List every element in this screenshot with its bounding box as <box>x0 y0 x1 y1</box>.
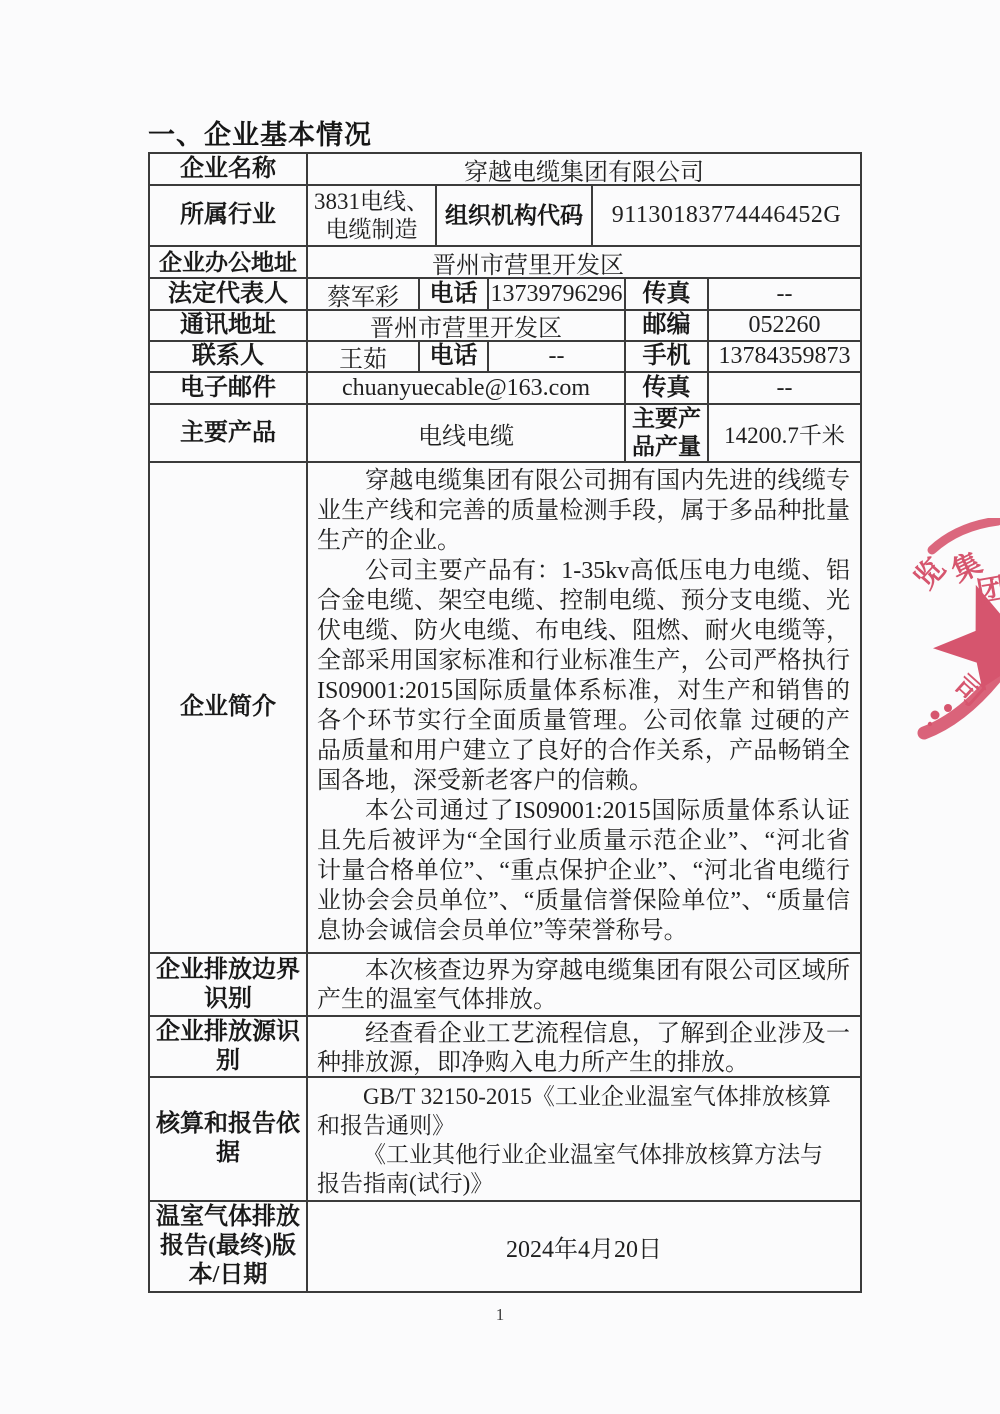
office-address-text: 晋州市营里开发区 <box>432 247 624 279</box>
row-label: 通讯地址 <box>150 311 308 342</box>
mailing-address-value: 晋州市营里开发区 <box>308 311 626 342</box>
seal-graphic: 览 集 团 司 <box>900 518 1000 780</box>
output-label: 主要产 品产量 <box>626 405 709 463</box>
emission-source-text: 经查看企业工艺流程信息，了解到企业涉及一种排放源，即净购入电力所产生的排放。 <box>308 1017 860 1078</box>
row-label: 主要产品 <box>150 405 308 463</box>
table-row: 企业名称 穿越电缆集团有限公司 <box>150 154 860 186</box>
phone-label: 电话 <box>420 279 489 311</box>
mobile-value: 13784359873 <box>709 342 860 373</box>
table-row: 核算和报告依 据 GB/T 32150-2015《工业企业温室气体排放核算 和报… <box>150 1078 860 1202</box>
table-row: 企业简介 穿越电缆集团有限公司拥有国内先进的线缆专业生产线和完善的质量检测手段，… <box>150 463 860 954</box>
row-label: 企业简介 <box>150 463 308 954</box>
row-label: 温室气体排放 报告(最终)版 本/日期 <box>150 1202 308 1291</box>
company-seal-stamp: 览 集 团 司 <box>900 518 1000 780</box>
seal-dot <box>928 722 932 726</box>
fax-label: 传真 <box>626 373 709 405</box>
table-row: 电子邮件 chuanyuecable@163.com 传真 -- <box>150 373 860 405</box>
table-row: 通讯地址 晋州市营里开发区 邮编 052260 <box>150 311 860 342</box>
contact-value: 王茹 <box>308 342 420 373</box>
scanned-document-page: 一、企业基本情况 企业名称 穿越电缆集团有限公司 所属行业 3831电线、 电缆… <box>0 0 1000 1414</box>
profile-paragraph: 穿越电缆集团有限公司拥有国内先进的线缆专业生产线和完善的质量检测手段，属于多品种… <box>317 466 850 556</box>
org-code-value: 91130183774446452G <box>593 186 860 247</box>
fax-value: -- <box>709 279 860 311</box>
seal-char: 集 <box>946 545 987 588</box>
row-label: 企业名称 <box>150 154 308 186</box>
row-label: 企业办公地址 <box>150 247 308 279</box>
boundary-text: 本次核查边界为穿越电缆集团有限公司区域所产生的温室气体排放。 <box>308 954 860 1017</box>
email-value: chuanyuecable@163.com <box>308 373 626 405</box>
phone-value: 13739796296 <box>489 279 626 311</box>
basis-paragraph: 《工业其他行业企业温室气体排放核算方法与 报告指南(试行)》 <box>317 1140 850 1198</box>
seal-char: 团 <box>974 572 1000 610</box>
seal-dot <box>944 704 952 712</box>
table-row: 所属行业 3831电线、 电缆制造 组织机构代码 911301837744464… <box>150 186 860 247</box>
table-row: 企业排放源识 别 经查看企业工艺流程信息，了解到企业涉及一种排放源，即净购入电力… <box>150 1017 860 1078</box>
table-row: 主要产品 电线电缆 主要产 品产量 14200.7千米 <box>150 405 860 463</box>
main-product-value: 电线电缆 <box>308 405 626 463</box>
postcode-label: 邮编 <box>626 311 709 342</box>
profile-paragraph: 本公司通过了IS09001:2015国际质量体系认证且先后被评为“全国行业质量示… <box>317 796 850 946</box>
profile-paragraph: 公司主要产品有：1-35kv高低压电力电缆、铝合金电缆、架空电缆、控制电缆、预分… <box>317 556 850 796</box>
table-row: 法定代表人 蔡军彩 电话 13739796296 传真 -- <box>150 279 860 311</box>
company-info-table: 企业名称 穿越电缆集团有限公司 所属行业 3831电线、 电缆制造 组织机构代码… <box>148 152 862 1293</box>
row-label: 企业排放边界 识别 <box>150 954 308 1017</box>
table-row: 企业排放边界 识别 本次核查边界为穿越电缆集团有限公司区域所产生的温室气体排放。 <box>150 954 860 1017</box>
boundary-paragraph: 本次核查边界为穿越电缆集团有限公司区域所产生的温室气体排放。 <box>317 957 850 1015</box>
phone-label: 电话 <box>420 342 489 373</box>
seal-char: 览 <box>908 552 952 596</box>
row-label: 企业排放源识 别 <box>150 1017 308 1078</box>
postcode-value: 052260 <box>709 311 860 342</box>
output-value: 14200.7千米 <box>709 405 860 463</box>
fax-label: 传真 <box>626 279 709 311</box>
row-label: 电子邮件 <box>150 373 308 405</box>
table-row: 联系人 王茹 电话 -- 手机 13784359873 <box>150 342 860 373</box>
seal-arc-top <box>932 521 998 550</box>
company-profile-text: 穿越电缆集团有限公司拥有国内先进的线缆专业生产线和完善的质量检测手段，属于多品种… <box>308 463 860 954</box>
seal-arc-bottom <box>924 672 1000 733</box>
company-name-value: 穿越电缆集团有限公司 <box>308 154 860 186</box>
row-label: 法定代表人 <box>150 279 308 311</box>
basis-paragraph: GB/T 32150-2015《工业企业温室气体排放核算 和报告通则》 <box>317 1082 850 1140</box>
mobile-label: 手机 <box>626 342 709 373</box>
seal-dot <box>931 711 940 720</box>
basis-text: GB/T 32150-2015《工业企业温室气体排放核算 和报告通则》 《工业其… <box>308 1078 860 1202</box>
org-code-label: 组织机构代码 <box>437 186 593 247</box>
source-paragraph: 经查看企业工艺流程信息，了解到企业涉及一种排放源，即净购入电力所产生的排放。 <box>317 1020 850 1078</box>
office-address-value: 晋州市营里开发区 <box>308 247 860 279</box>
table-row: 温室气体排放 报告(最终)版 本/日期 2024年4月20日 <box>150 1202 860 1291</box>
seal-char: 司 <box>947 669 991 713</box>
industry-value: 3831电线、 电缆制造 <box>308 186 437 247</box>
row-label: 核算和报告依 据 <box>150 1078 308 1202</box>
star-icon <box>933 585 1000 688</box>
report-date-value: 2024年4月20日 <box>308 1202 860 1291</box>
legal-rep-value: 蔡军彩 <box>308 279 420 311</box>
table-row: 企业办公地址 晋州市营里开发区 <box>150 247 860 279</box>
row-label: 所属行业 <box>150 186 308 247</box>
page-title: 一、企业基本情况 <box>148 113 372 152</box>
phone-value: -- <box>489 342 626 373</box>
fax-value: -- <box>709 373 860 405</box>
row-label: 联系人 <box>150 342 308 373</box>
page-number: 1 <box>470 1305 530 1325</box>
